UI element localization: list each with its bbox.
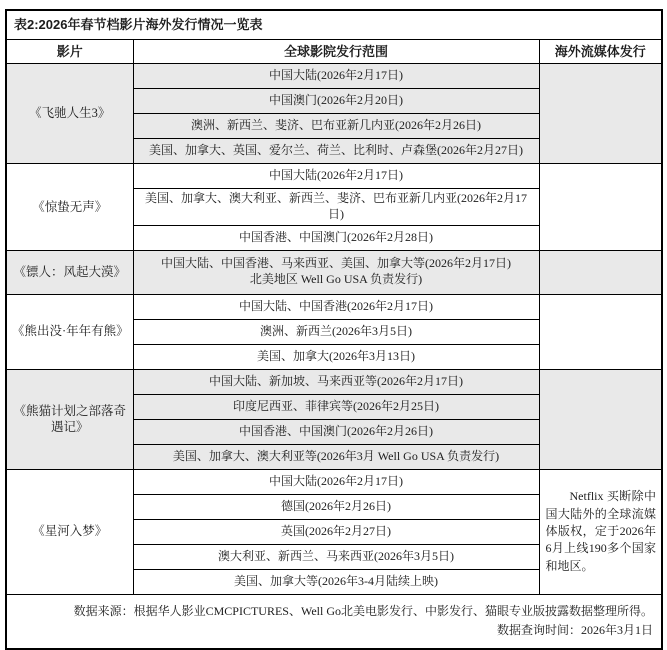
release-cell: 中国大陆(2026年2月17日) [133,469,539,494]
release-cell: 中国大陆(2026年2月17日) [133,64,539,89]
table-row: 《惊蛰无声》 中国大陆(2026年2月17日) [6,164,662,189]
release-cell: 中国大陆、中国香港(2026年2月17日) [133,294,539,319]
column-header-streaming: 海外流媒体发行 [539,40,662,64]
release-cell: 美国、加拿大、澳大利亚等(2026年3月 Well Go USA 负责发行) [133,444,539,469]
release-cell: 中国香港、中国澳门(2026年2月28日) [133,225,539,250]
streaming-cell [539,369,662,469]
table-row: 《镖人：风起大漠》 中国大陆、中国香港、马来西亚、美国、加拿大等(2026年2月… [6,250,662,294]
streaming-cell: Netflix 买断除中国大陆外的全球流媒体版权，定于2026年6月上线190多… [539,469,662,594]
table-header-row: 影片 全球影院发行范围 海外流媒体发行 [6,40,662,64]
film-title-cell: 《镖人：风起大漠》 [6,250,133,294]
film-title-cell: 《熊猫计划之部落奇遇记》 [6,369,133,469]
query-time-note: 数据查询时间：2026年3月1日 [13,621,653,641]
streaming-cell [539,250,662,294]
release-cell: 美国、加拿大等(2026年3-4月陆续上映) [133,569,539,594]
table-row: 《熊猫计划之部落奇遇记》 中国大陆、新加坡、马来西亚等(2026年2月17日) [6,369,662,394]
table-row: 《飞驰人生3》 中国大陆(2026年2月17日) [6,64,662,89]
table-row: 《星河入梦》 中国大陆(2026年2月17日) Netflix 买断除中国大陆外… [6,469,662,494]
release-cell: 中国香港、中国澳门(2026年2月26日) [133,419,539,444]
footer-cell: 数据来源：根据华人影业CMCPICTURES、Well Go北美电影发行、中影发… [6,594,662,649]
film-title-cell: 《惊蛰无声》 [6,164,133,251]
release-cell: 澳洲、新西兰、斐济、巴布亚新几内亚(2026年2月26日) [133,114,539,139]
film-title-cell: 《熊出没·年年有熊》 [6,294,133,369]
column-header-film: 影片 [6,40,133,64]
release-cell: 美国、加拿大、澳大利亚、新西兰、斐济、巴布亚新几内亚(2026年2月17日) [133,189,539,226]
release-cell: 中国大陆(2026年2月17日) [133,164,539,189]
data-source-note: 数据来源：根据华人影业CMCPICTURES、Well Go北美电影发行、中影发… [13,602,653,622]
column-header-theatrical-scope: 全球影院发行范围 [133,40,539,64]
release-cell: 中国大陆、新加坡、马来西亚等(2026年2月17日) [133,369,539,394]
streaming-cell [539,164,662,251]
release-cell: 澳大利亚、新西兰、马来西亚(2026年3月5日) [133,544,539,569]
release-cell: 中国澳门(2026年2月20日) [133,89,539,114]
film-title-cell: 《飞驰人生3》 [6,64,133,164]
table-title-row: 表2:2026年春节档影片海外发行情况一览表 [6,10,662,40]
release-cell: 美国、加拿大(2026年3月13日) [133,344,539,369]
table-footer-row: 数据来源：根据华人影业CMCPICTURES、Well Go北美电影发行、中影发… [6,594,662,649]
release-cell: 中国大陆、中国香港、马来西亚、美国、加拿大等(2026年2月17日) 北美地区 … [133,250,539,294]
release-cell: 英国(2026年2月27日) [133,519,539,544]
release-cell: 印度尼西亚、菲律宾等(2026年2月25日) [133,394,539,419]
release-cell: 澳洲、新西兰(2026年3月5日) [133,319,539,344]
streaming-cell [539,294,662,369]
table-row: 《熊出没·年年有熊》 中国大陆、中国香港(2026年2月17日) [6,294,662,319]
streaming-cell [539,64,662,164]
film-distribution-table: 表2:2026年春节档影片海外发行情况一览表 影片 全球影院发行范围 海外流媒体… [5,9,663,650]
release-cell: 美国、加拿大、英国、爱尔兰、荷兰、比利时、卢森堡(2026年2月27日) [133,139,539,164]
release-cell: 德国(2026年2月26日) [133,494,539,519]
table-title: 表2:2026年春节档影片海外发行情况一览表 [6,10,662,40]
film-title-cell: 《星河入梦》 [6,469,133,594]
